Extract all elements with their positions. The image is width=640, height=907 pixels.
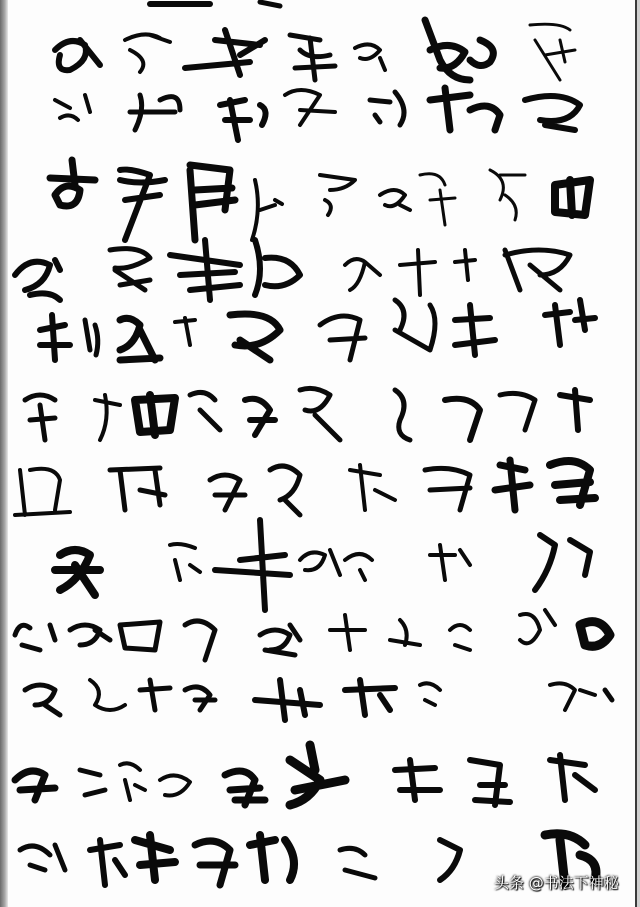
row-4 — [15, 240, 570, 300]
row-10 — [25, 680, 612, 720]
watermark-text: 头条 @书法下神秘 — [494, 872, 619, 893]
row-11 — [15, 745, 595, 805]
row-3 — [50, 160, 590, 240]
row-1 — [55, 20, 575, 80]
calligraphy-ink-strokes — [0, 0, 640, 907]
row-5 — [40, 300, 595, 360]
row-9 — [15, 610, 610, 660]
row-2 — [55, 88, 580, 140]
row-7 — [15, 460, 595, 515]
row-8 — [55, 520, 590, 610]
row-6 — [25, 388, 590, 440]
